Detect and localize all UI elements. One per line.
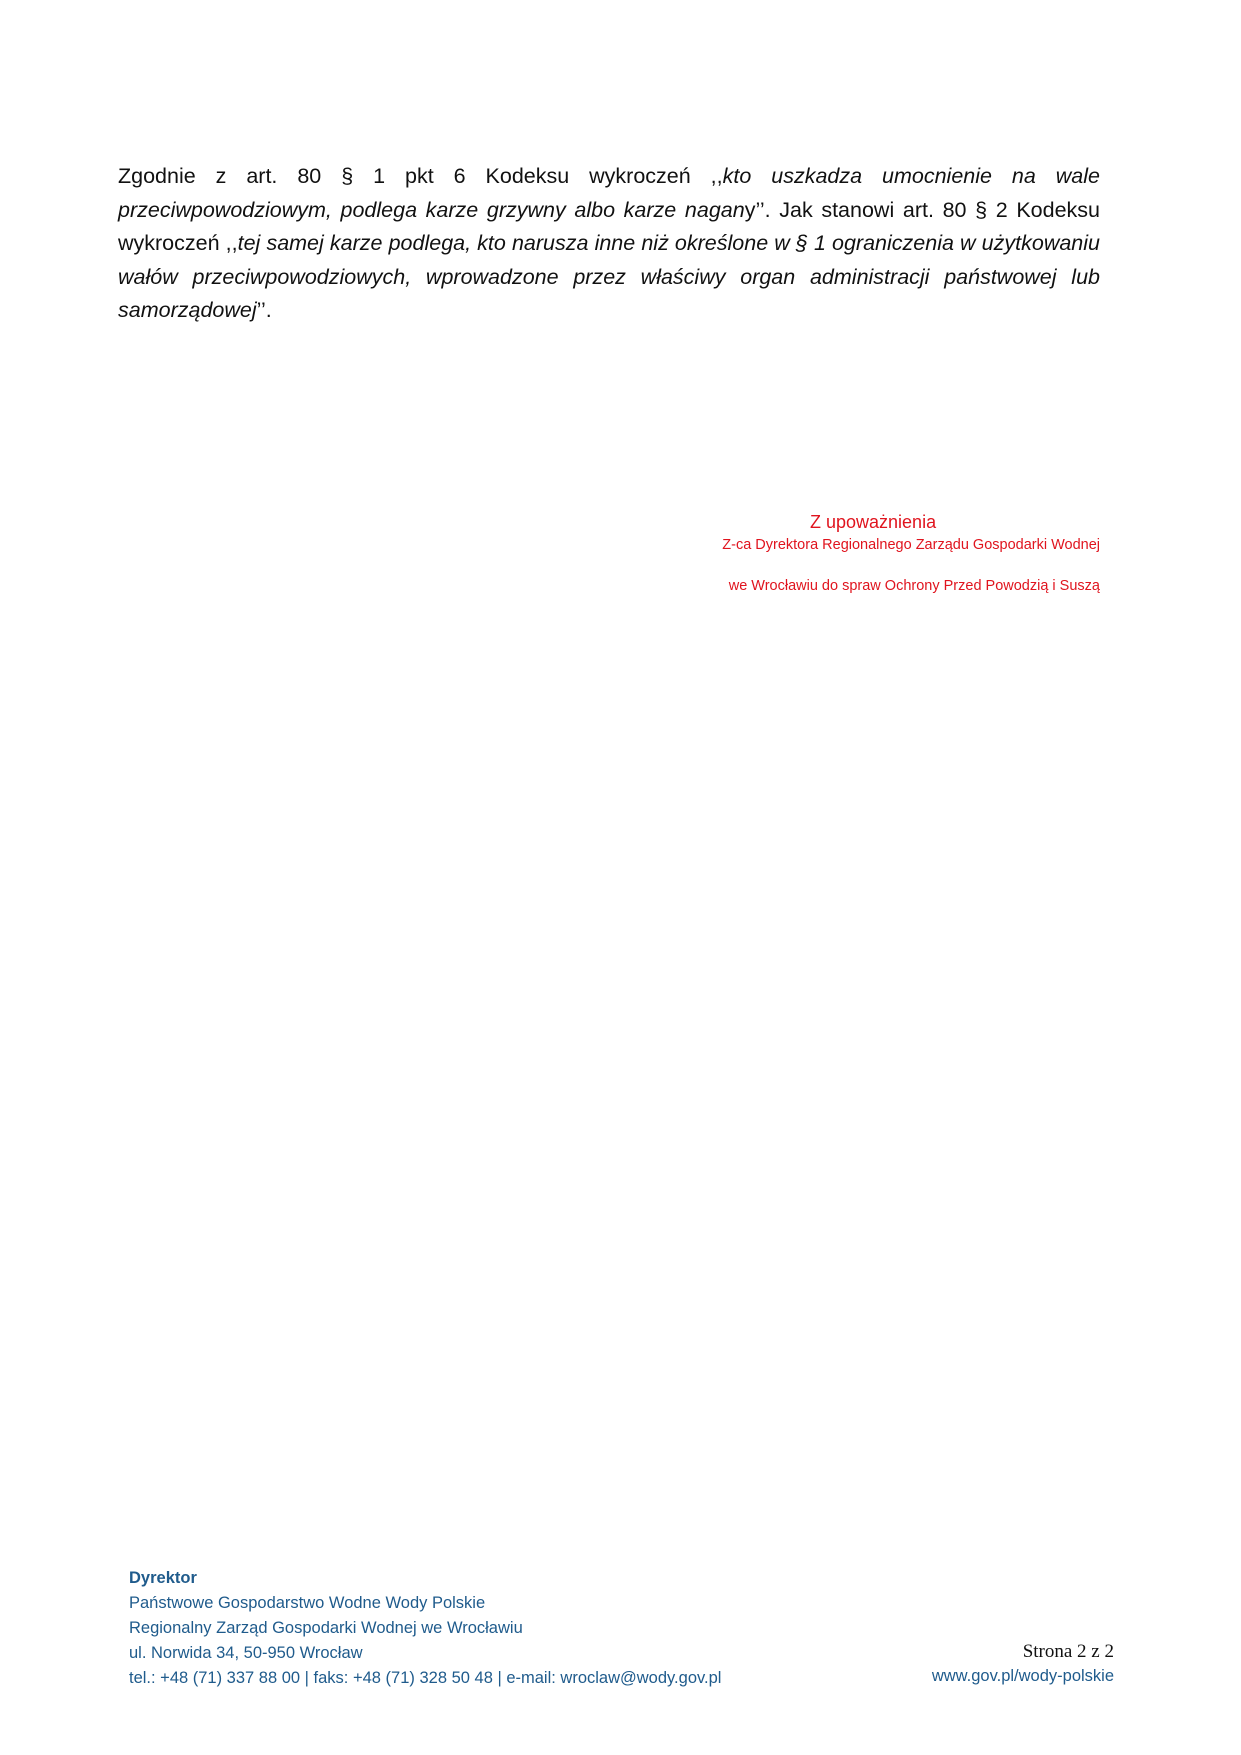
website-link[interactable]: www.gov.pl/wody-polskie xyxy=(932,1664,1114,1689)
signature-title: Z upoważnienia xyxy=(810,512,936,533)
footer-right-block: Strona 2 z 2 www.gov.pl/wody-polskie xyxy=(932,1640,1114,1689)
page-number: Strona 2 z 2 xyxy=(932,1640,1114,1664)
footer-contact-block: Dyrektor Państwowe Gospodarstwo Wodne Wo… xyxy=(129,1566,721,1691)
footer-heading: Dyrektor xyxy=(129,1566,721,1591)
body-paragraph: Zgodnie z art. 80 § 1 pkt 6 Kodeksu wykr… xyxy=(118,160,1100,328)
body-text-intro: Zgodnie z art. 80 § 1 pkt 6 Kodeksu wykr… xyxy=(118,164,723,188)
footer-address: ul. Norwida 34, 50-950 Wrocław xyxy=(129,1641,721,1666)
footer-organization: Państwowe Gospodarstwo Wodne Wody Polski… xyxy=(129,1591,721,1616)
signature-position-line2: we Wrocławiu do spraw Ochrony Przed Powo… xyxy=(729,578,1100,594)
body-text-end: ’’. xyxy=(257,298,272,322)
signature-position-line1: Z-ca Dyrektora Regionalnego Zarządu Gosp… xyxy=(722,537,1100,553)
footer-unit: Regionalny Zarząd Gospodarki Wodnej we W… xyxy=(129,1616,721,1641)
footer-contact: tel.: +48 (71) 337 88 00 | faks: +48 (71… xyxy=(129,1666,721,1691)
